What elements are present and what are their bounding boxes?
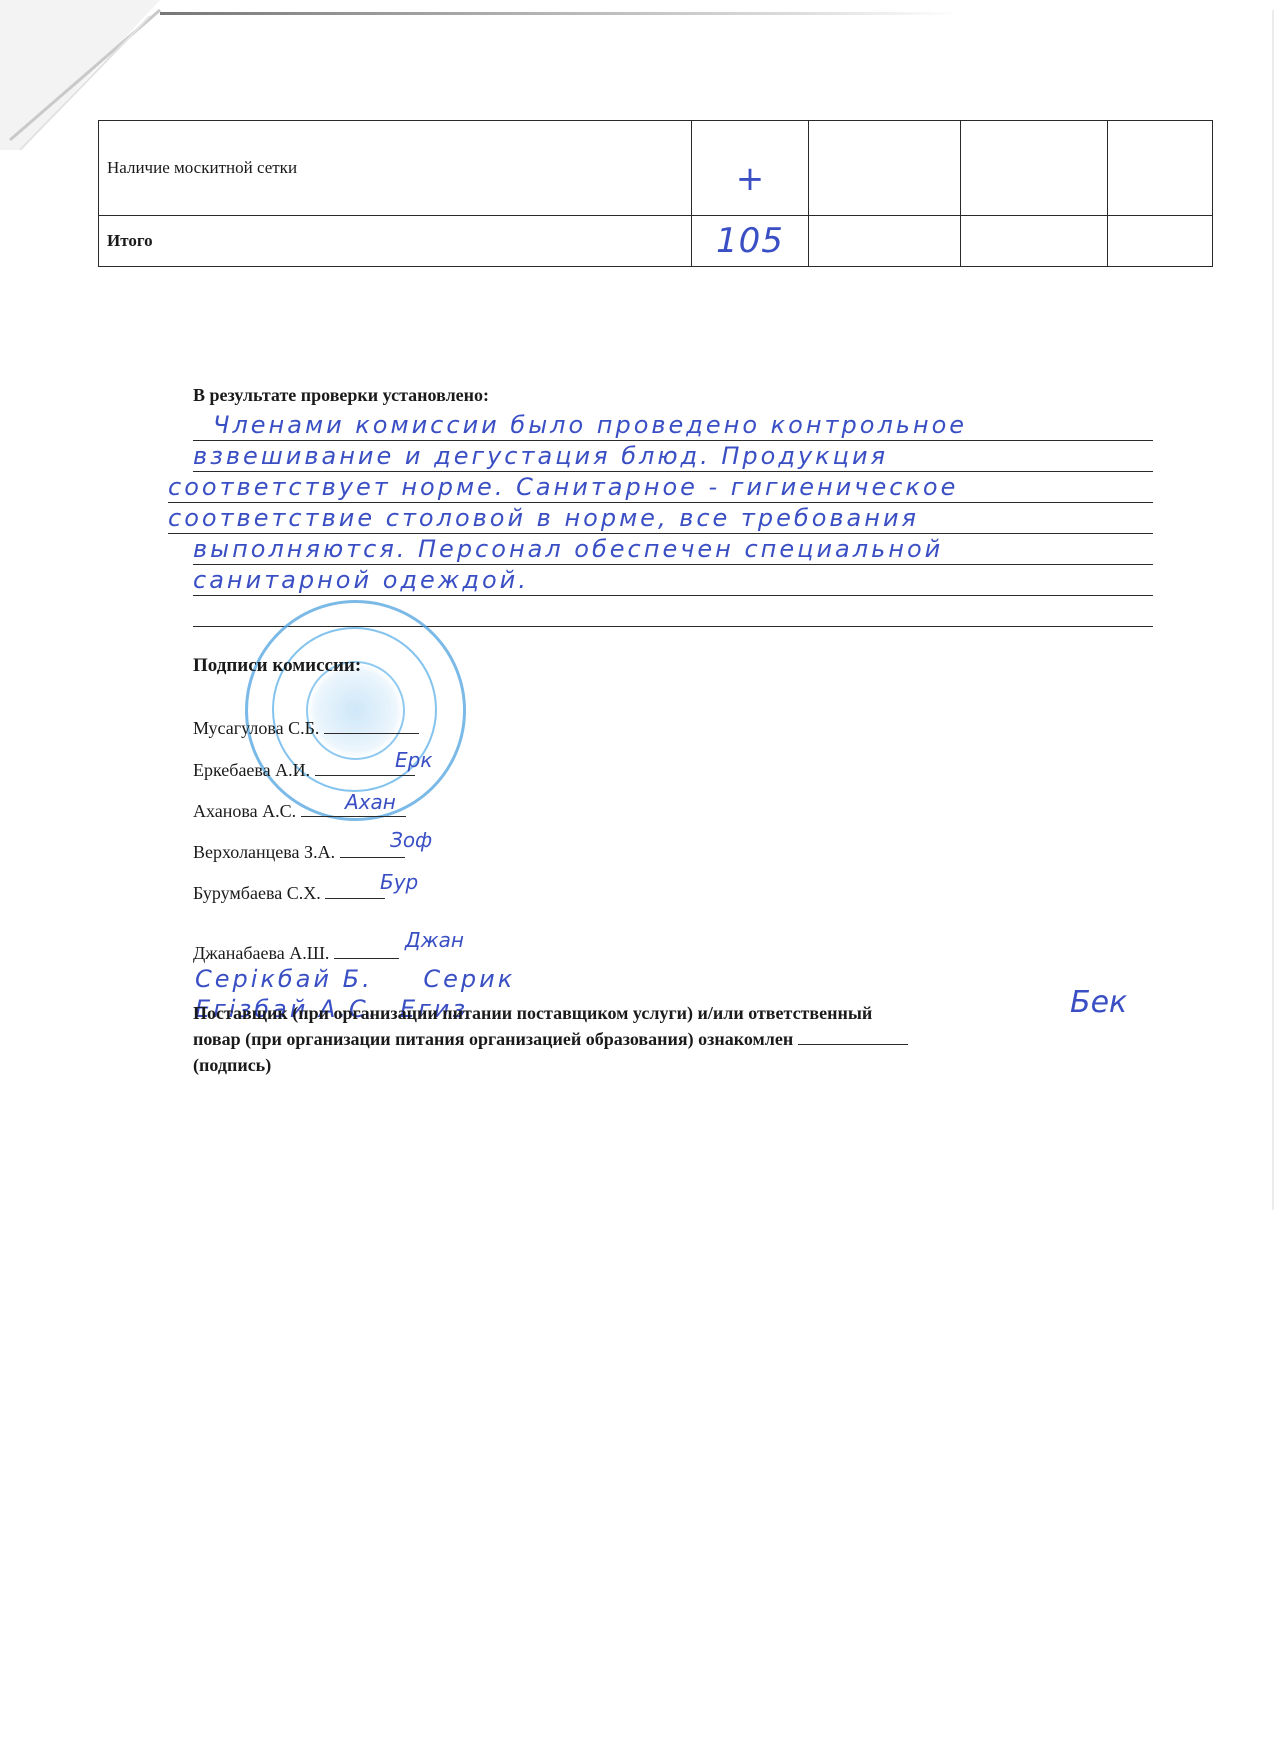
signatures-heading: Подписи комиссии: [193,655,361,677]
member-signature: Серик [423,965,515,993]
member-signature: Джан [405,928,464,952]
supplier-line-2-wrap: повар (при организации питания организац… [193,1026,1153,1052]
commission-member: Верхоланцева З.А. [193,839,405,863]
signature-line [324,715,419,734]
supplier-signature: Бек [1070,985,1127,1020]
member-signature: Зоф [390,828,432,852]
commission-member: Еркебаева А.И. [193,757,415,781]
empty-cell [961,121,1108,216]
member-name: Аханова А.С. [193,801,296,821]
handwritten-plus-mark: + [736,159,765,199]
commission-member: Мусагулова С.Б. [193,715,419,739]
handwritten-member: Серікбай Б. Серик [195,965,515,993]
empty-cell [809,121,961,216]
table-row-total: Итого 105 [99,216,1213,267]
score-cell: + [692,121,809,216]
supplier-line-2: повар (при организации питания организац… [193,1029,793,1049]
table-row: Наличие москитной сетки + [99,121,1213,216]
empty-cell [809,216,961,267]
member-name: Верхоланцева З.А. [193,842,335,862]
member-name: Еркебаева А.И. [193,760,310,780]
empty-cell [1108,216,1213,267]
member-signature: Ахан [345,790,396,814]
scan-right-edge [1272,10,1274,1210]
results-line: Членами комиссии было проведено контроль… [193,410,1153,441]
handwritten-member-name: Серікбай Б. [195,965,373,993]
supplier-line-3: (подпись) [193,1052,1153,1078]
signature-line [798,1026,908,1045]
inspection-table: Наличие москитной сетки + Итого 105 [98,120,1213,267]
total-label: Итого [99,216,692,267]
total-score-cell: 105 [692,216,809,267]
supplier-acknowledgement: Поставщик (при организации питании поста… [193,1000,1153,1078]
member-name: Бурумбаева С.Х. [193,883,321,903]
empty-cell [1108,121,1213,216]
signature-line [334,940,399,959]
empty-cell [961,216,1108,267]
supplier-line-1: Поставщик (при организации питании поста… [193,1000,1153,1026]
results-line: выполняются. Персонал обеспечен специаль… [193,534,1153,565]
results-heading: В результате проверки установлено: [193,385,489,406]
signature-line [325,880,385,899]
member-name: Джанабаева А.Ш. [193,943,329,963]
commission-member: Джанабаева А.Ш. [193,940,399,964]
member-signature: Ерк [395,748,432,772]
official-round-stamp: ҚАЛАСЫ БІЛІМ БАСҚАРМАСЫ · КОММУНАЛДЫҚ МЕ… [245,600,466,821]
handwritten-total-value: 105 [716,221,784,261]
member-name: Мусагулова С.Б. [193,718,319,738]
member-signature: Бур [380,870,418,894]
results-line: санитарной одеждой. [193,565,1153,596]
commission-member: Бурумбаева С.Х. [193,880,385,904]
results-handwritten-block: Членами комиссии было проведено контроль… [193,410,1153,627]
scan-top-edge [160,12,960,15]
row-label: Наличие москитной сетки [99,121,692,216]
results-line: соответствие столовой в норме, все требо… [168,503,1153,534]
results-line: соответствует норме. Санитарное - гигиен… [168,472,1153,503]
results-line: взвешивание и дегустация блюд. Продукция [193,441,1153,472]
